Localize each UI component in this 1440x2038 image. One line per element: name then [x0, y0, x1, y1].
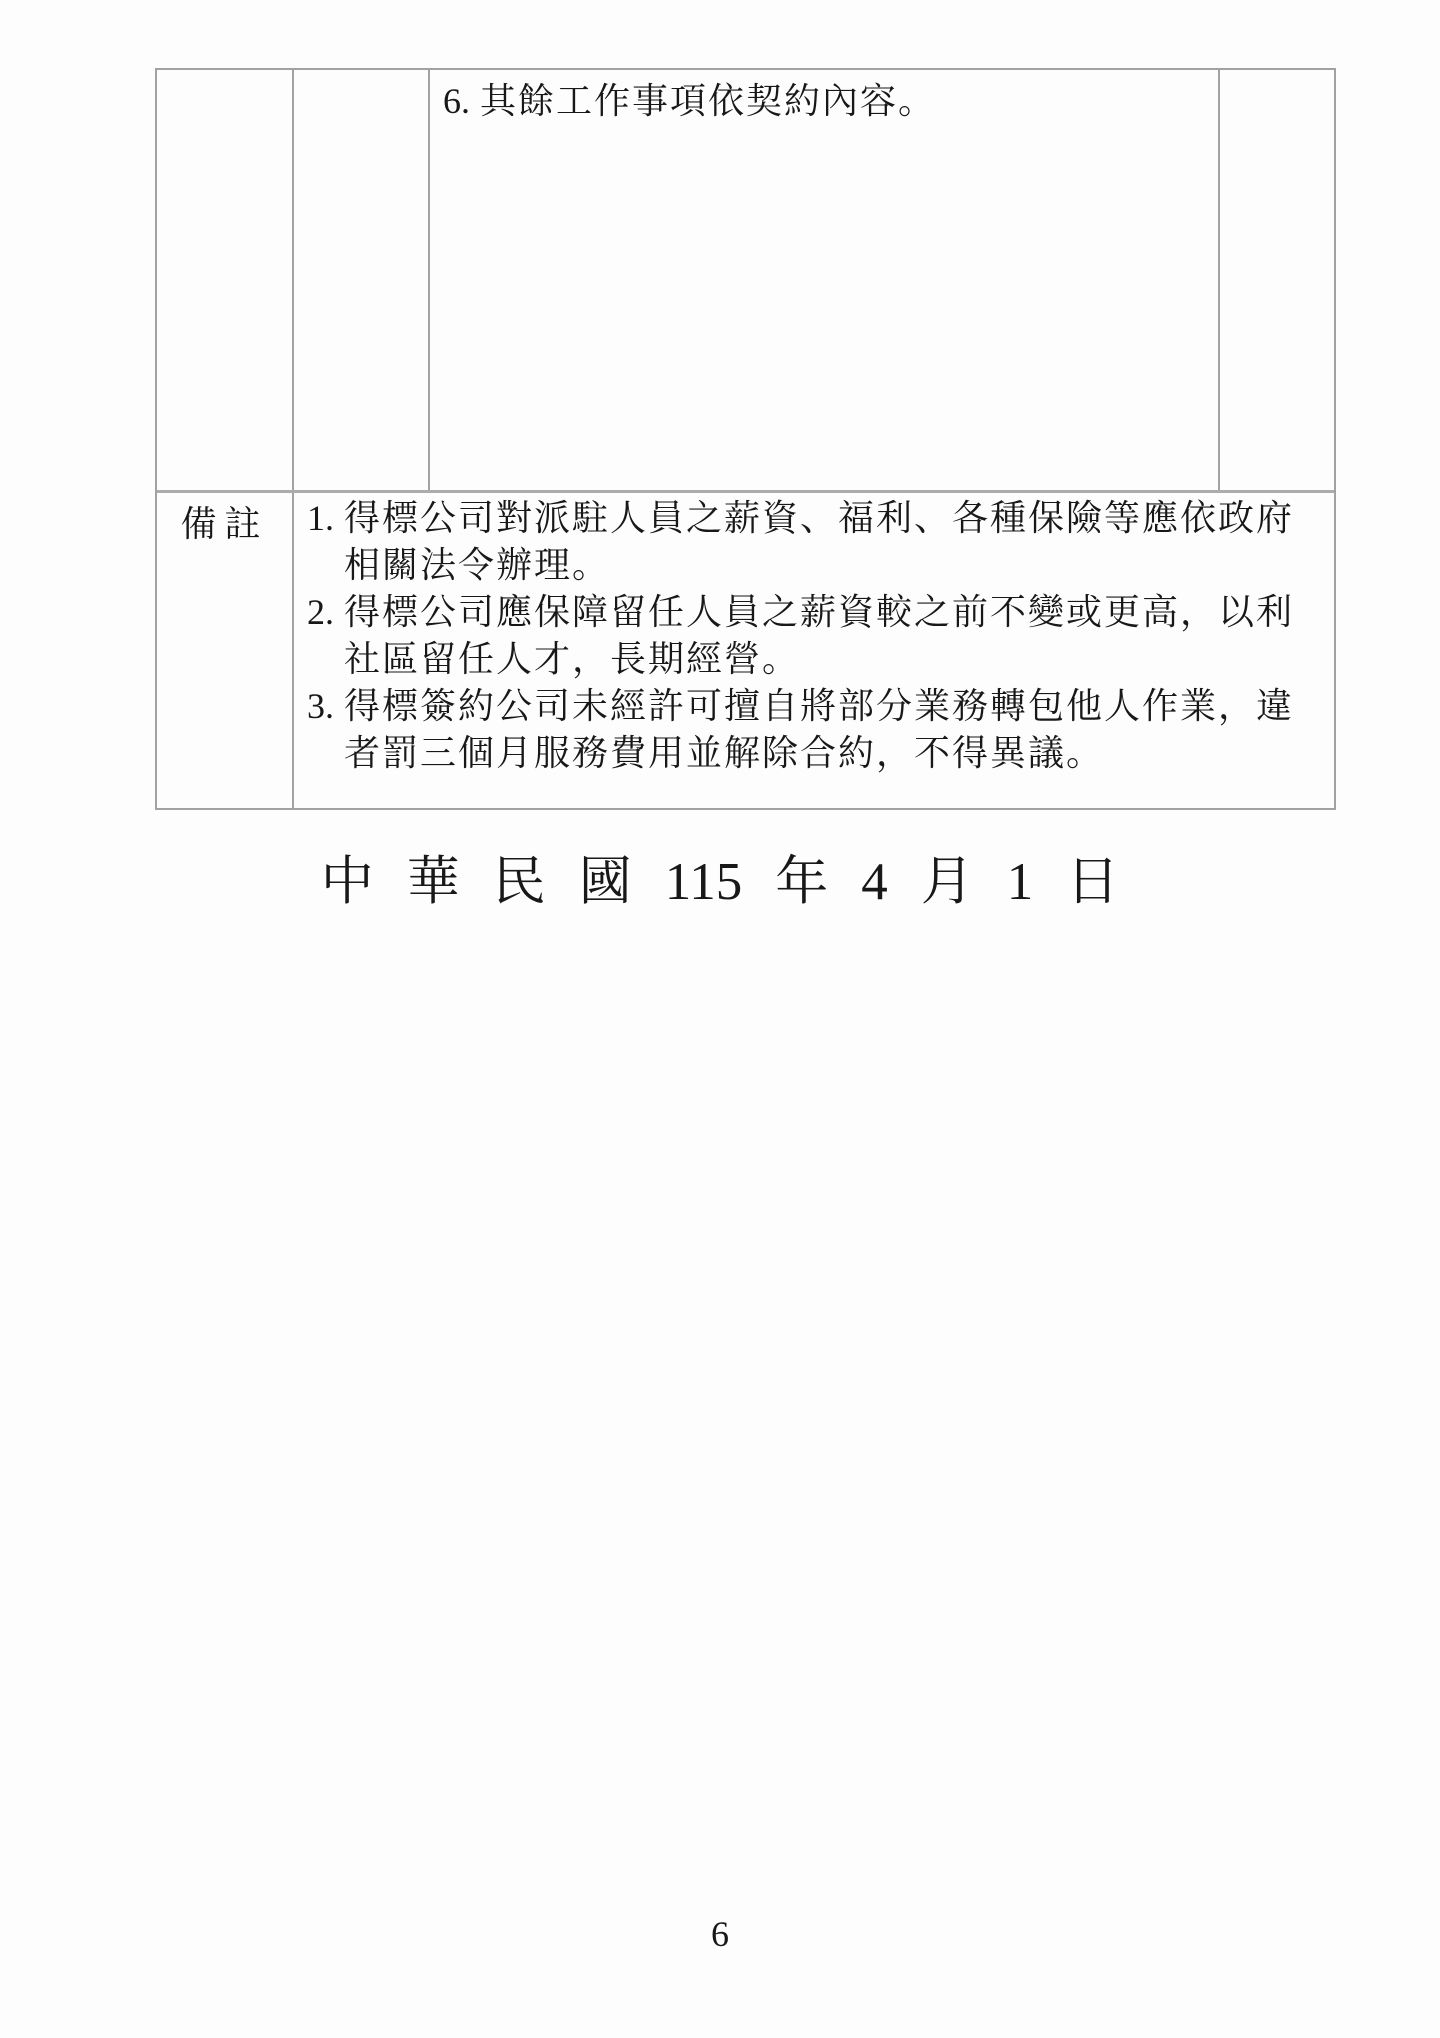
note-item-1: 1. 得標公司對派駐人員之薪資、福利、各種保險等應依政府 相關法令辦理。: [307, 495, 1324, 589]
note-item-2: 2. 得標公司應保障留任人員之薪資較之前不變或更高，以利 社區留任人才，長期經營…: [307, 589, 1324, 683]
empty-cell-col1: [157, 70, 294, 490]
note-item-2-line-1: 得標公司應保障留任人員之薪資較之前不變或更高，以利: [344, 589, 1324, 636]
date-token-hua: 華: [407, 850, 460, 914]
date-token-day: 日: [1066, 850, 1119, 914]
empty-cell-col4: [1220, 70, 1334, 490]
list-number: 1.: [307, 495, 344, 542]
work-item-6: 6. 其餘工作事項依契約內容。: [443, 78, 1210, 125]
list-text: 其餘工作事項依契約內容。: [480, 78, 1210, 125]
note-item-1-line-2: 相關法令辦理。: [344, 542, 1324, 589]
work-items-table: 6. 其餘工作事項依契約內容。 備註 1. 得標公司對派駐人員之薪資、福利、各種…: [155, 68, 1336, 810]
date-token-min: 民: [493, 850, 546, 914]
list-number: 3.: [307, 683, 344, 730]
date-line: 中 華 民 國 115 年 4 月 1 日: [0, 850, 1440, 914]
notes-content-cell: 1. 得標公司對派駐人員之薪資、福利、各種保險等應依政府 相關法令辦理。 2. …: [294, 493, 1334, 808]
date-token-year: 年: [775, 850, 828, 914]
date-token-month-number: 4: [861, 850, 888, 914]
empty-cell-col2: [294, 70, 430, 490]
note-item-1-line-1: 得標公司對派駐人員之薪資、福利、各種保險等應依政府: [344, 495, 1324, 542]
note-item-3-line-1: 得標簽約公司未經許可擅自將部分業務轉包他人作業，違: [344, 683, 1324, 730]
table-row-continuation: 6. 其餘工作事項依契約內容。: [157, 70, 1334, 493]
date-token-guo: 國: [579, 850, 632, 914]
list-number: 6.: [443, 78, 480, 125]
document-page: 6. 其餘工作事項依契約內容。 備註 1. 得標公司對派駐人員之薪資、福利、各種…: [0, 0, 1440, 2038]
work-item-cell: 6. 其餘工作事項依契約內容。: [430, 70, 1220, 490]
note-item-3-line-2: 者罰三個月服務費用並解除合約，不得異議。: [344, 730, 1324, 777]
date-token-zhong: 中: [321, 850, 374, 914]
note-item-2-line-2: 社區留任人才，長期經營。: [344, 636, 1324, 683]
date-token-day-number: 1: [1007, 850, 1034, 914]
notes-label: 備註: [180, 504, 268, 544]
date-token-year-number: 115: [665, 850, 743, 914]
page-number: 6: [0, 1912, 1440, 1956]
date-token-month: 月: [921, 850, 974, 914]
notes-label-cell: 備註: [157, 493, 294, 808]
list-number: 2.: [307, 589, 344, 636]
table-row-notes: 備註 1. 得標公司對派駐人員之薪資、福利、各種保險等應依政府 相關法令辦理。 …: [157, 493, 1334, 808]
note-item-3: 3. 得標簽約公司未經許可擅自將部分業務轉包他人作業，違 者罰三個月服務費用並解…: [307, 683, 1324, 777]
